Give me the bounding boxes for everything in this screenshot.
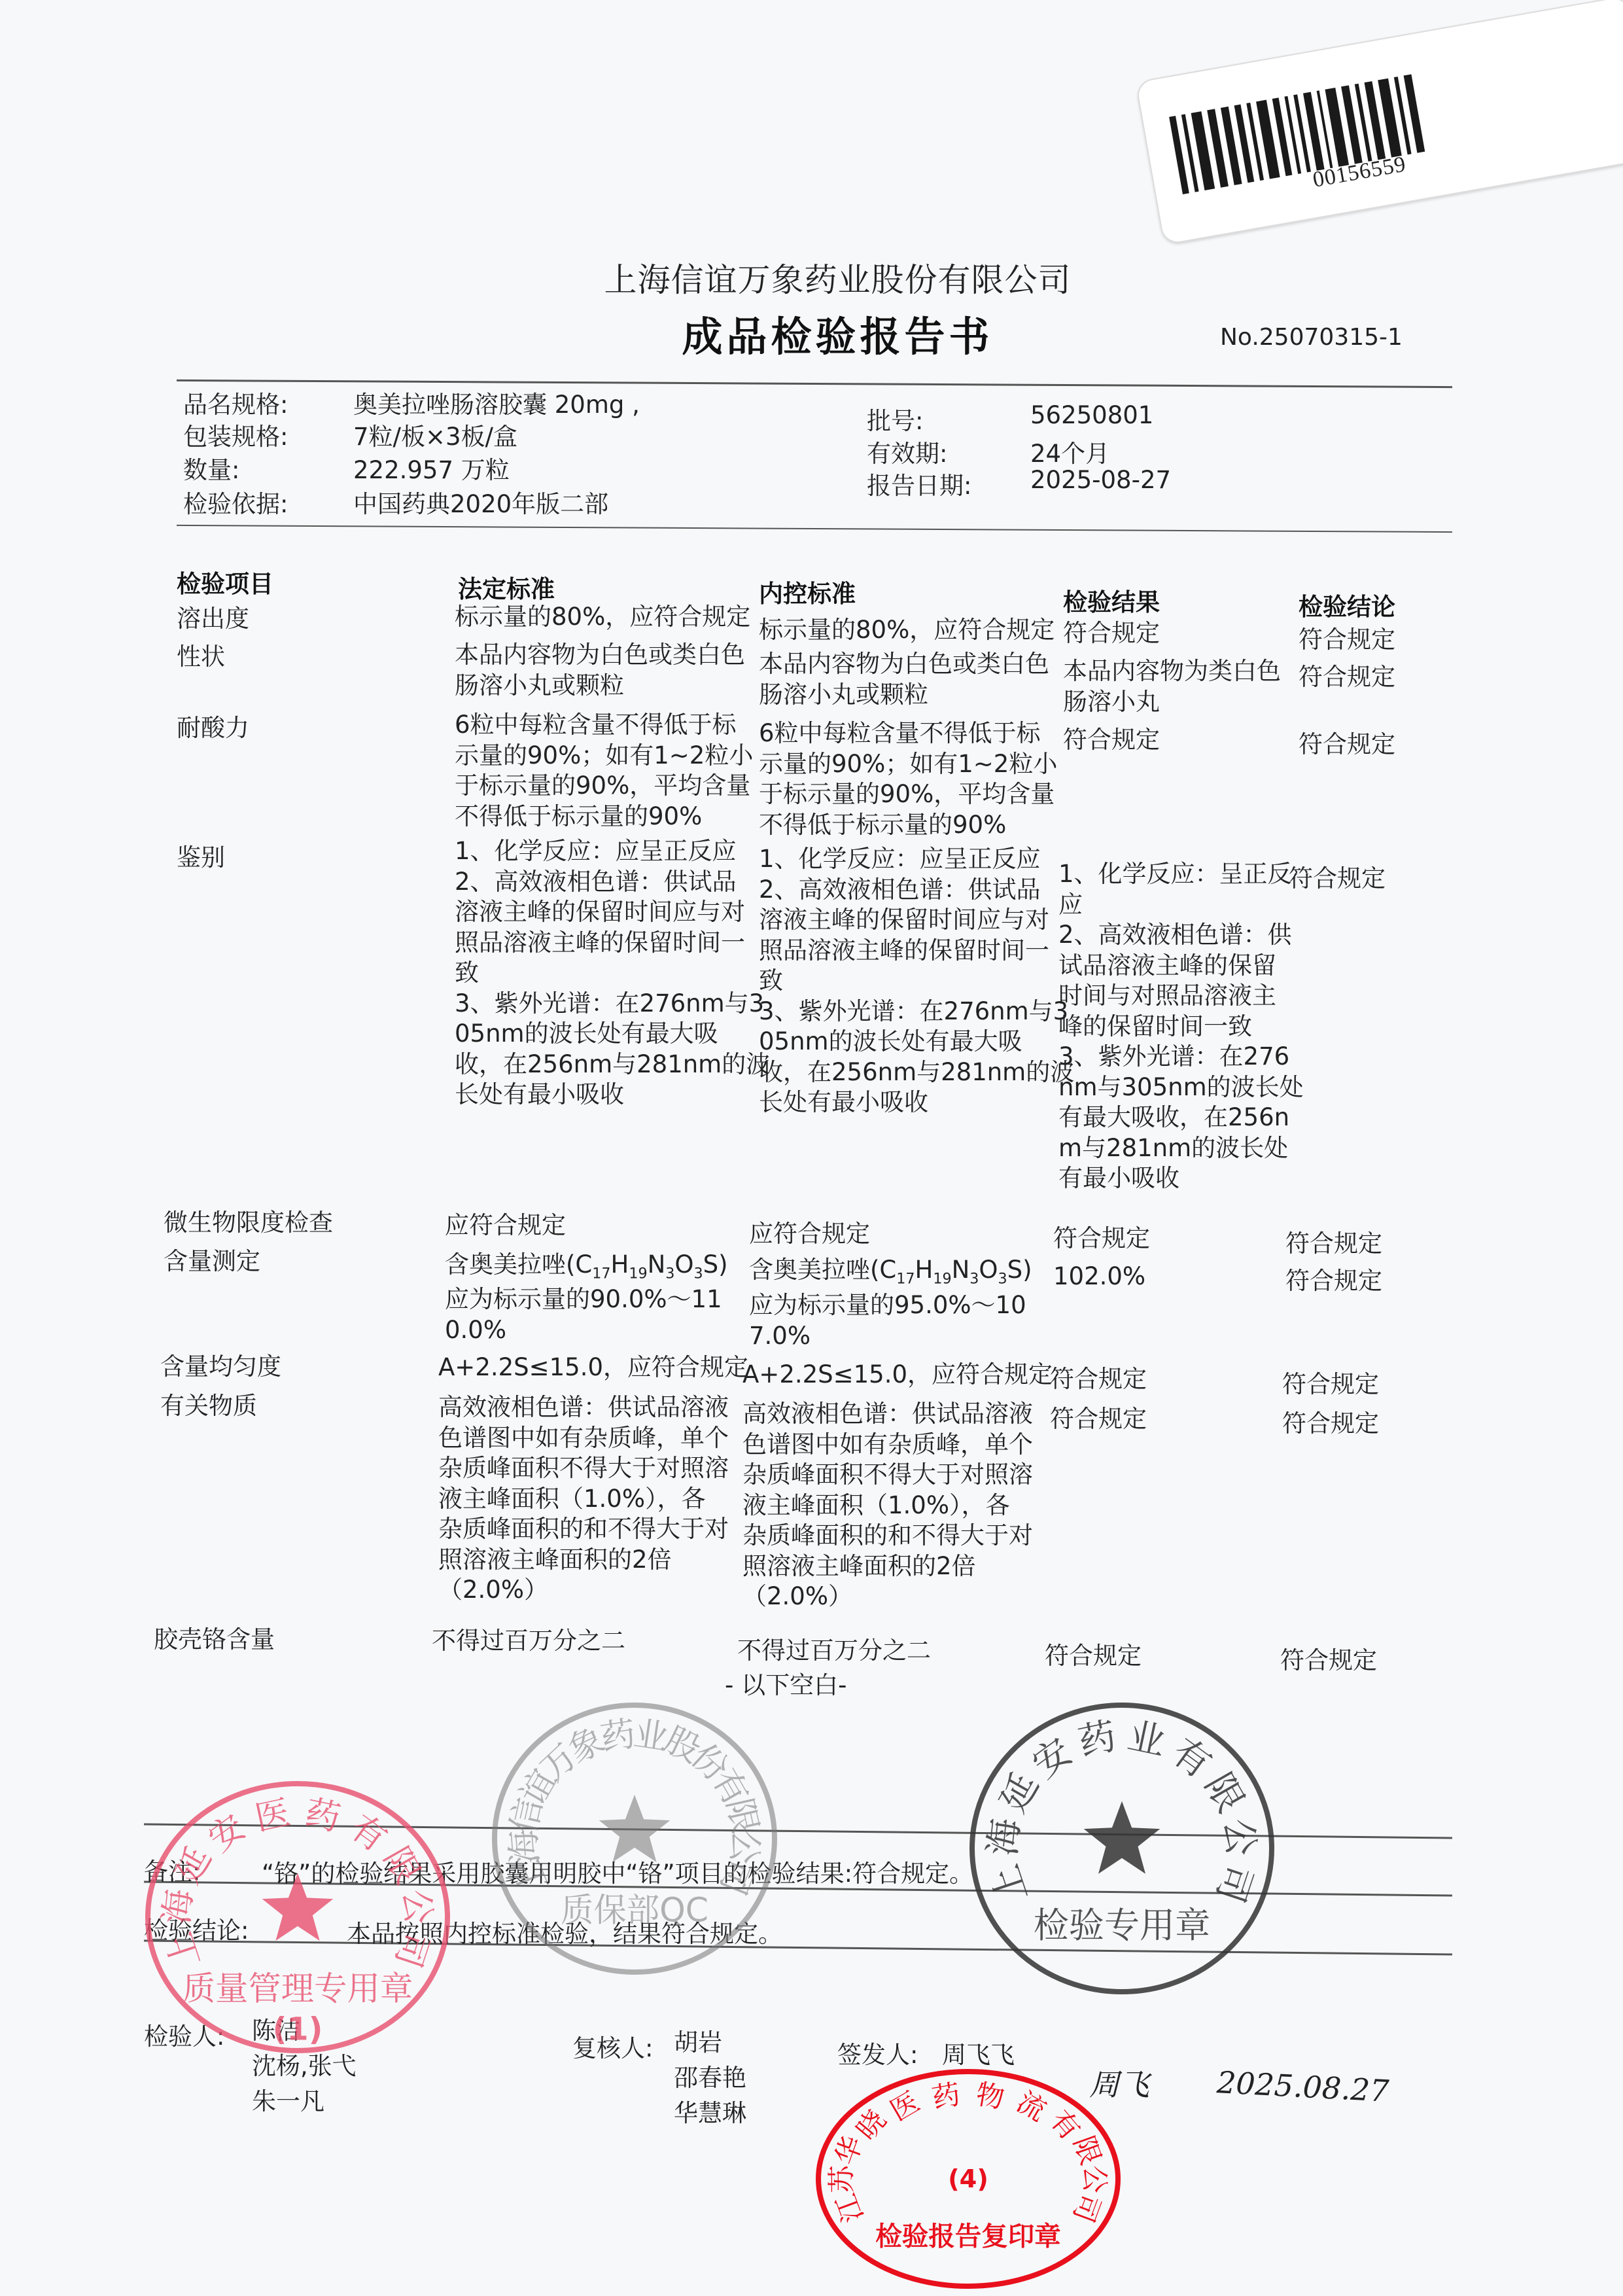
internal-appearance: 本品内容物为白色或类白色 肠溶小丸或颗粒	[759, 649, 1049, 710]
svg-text:检验报告复印章: 检验报告复印章	[875, 2221, 1061, 2252]
legal-dissolution: 标示量的80%，应符合规定	[455, 602, 750, 633]
svg-text:苏: 苏	[826, 2164, 858, 2193]
quality-management-stamp: 上海延安医药有限公司质量管理专用章(1)	[144, 1780, 451, 2055]
svg-text:医: 医	[884, 2085, 925, 2128]
quantity-value: 222.957 万粒	[353, 450, 510, 486]
svg-text:司: 司	[1066, 2189, 1107, 2227]
item-identification: 鉴别	[177, 838, 225, 873]
conclusion-dissolution: 符合规定	[1299, 625, 1395, 656]
svg-text:检验专用章: 检验专用章	[1034, 1905, 1210, 1946]
legal-assay: 应为标示量的90.0%～11 0.0%	[445, 1284, 722, 1345]
barcode-label: 00156559	[1135, 0, 1623, 245]
result-dissolution: 符合规定	[1063, 618, 1160, 649]
internal-assay: 应为标示量的95.0%～10 7.0%	[749, 1290, 1026, 1351]
item-capsule-chromium: 胶壳铬含量	[154, 1619, 275, 1655]
svg-text:质保部QC: 质保部QC	[561, 1890, 708, 1929]
svg-text:(4): (4)	[948, 2164, 988, 2194]
legal-capsule-chromium: 不得过百万分之二	[432, 1626, 625, 1657]
svg-text:物: 物	[973, 2078, 1007, 2115]
internal-acid-resistance: 6粒中每粒含量不得低于标 示量的90%；如有1~2粒小 于标示量的90%，平均含…	[759, 718, 1057, 840]
svg-text:药: 药	[302, 1792, 344, 1839]
legal-microbial-limit: 应符合规定	[445, 1210, 566, 1241]
item-related-substances: 有关物质	[160, 1386, 257, 1421]
expiry-value: 24个月	[1030, 434, 1109, 469]
reviewer-names: 胡岩 邵春艳 华慧琳	[674, 2025, 746, 2131]
svg-text:(1): (1)	[273, 2012, 323, 2048]
product-name-label: 品名规格:	[183, 385, 288, 420]
svg-text:延: 延	[167, 1841, 219, 1891]
header-legal-standard: 法定标准	[458, 569, 555, 605]
svg-text:安: 安	[201, 1807, 253, 1860]
svg-text:质量管理专用章: 质量管理专用章	[183, 1969, 413, 2007]
product-name-value: 奥美拉唑肠溶胶囊 20mg ,	[353, 385, 640, 420]
conclusion-related-substances: 符合规定	[1282, 1409, 1379, 1439]
result-assay: 102.0%	[1053, 1262, 1145, 1292]
legal-identification: 1、化学反应：应呈正反应 2、高效液相色谱：供试品 溶液主峰的保留时间应与对 照…	[455, 836, 770, 1110]
end-marker: - 以下空白-	[725, 1670, 846, 1701]
legal-related-substances: 高效液相色谱：供试品溶液 色谱图中如有杂质峰，单个 杂质峰面积不得大于对照溶 液…	[438, 1392, 729, 1606]
conclusion-capsule-chromium: 符合规定	[1280, 1646, 1377, 1676]
svg-text:限: 限	[375, 1841, 428, 1891]
report-date-label: 报告日期:	[867, 466, 971, 501]
result-capsule-chromium: 符合规定	[1045, 1641, 1142, 1672]
quantity-label: 数量:	[183, 450, 239, 486]
item-appearance: 性状	[177, 637, 225, 672]
result-microbial-limit: 符合规定	[1053, 1224, 1150, 1254]
svg-text:海: 海	[981, 1816, 1028, 1858]
svg-text:江: 江	[829, 2189, 870, 2227]
reviewer-label: 复核人:	[572, 2028, 653, 2064]
report-date-value: 2025-08-27	[1030, 466, 1171, 494]
internal-dissolution: 标示量的80%，应符合规定	[759, 615, 1055, 646]
internal-identification: 1、化学反应：应呈正反应 2、高效液相色谱：供试品 溶液主峰的保留时间应与对 照…	[759, 844, 1074, 1118]
internal-microbial-limit: 应符合规定	[749, 1219, 870, 1250]
company-name: 上海信谊万象药业股份有限公司	[26, 254, 1623, 301]
conclusion-acid-resistance: 符合规定	[1299, 730, 1395, 760]
package-value: 7粒/板×3板/盒	[353, 417, 517, 452]
svg-text:公: 公	[1078, 2165, 1111, 2193]
svg-text:安: 安	[1024, 1730, 1080, 1787]
svg-text:业: 业	[1124, 1714, 1169, 1764]
result-related-substances: 符合规定	[1050, 1404, 1147, 1435]
conclusion-content-uniformity: 符合规定	[1282, 1369, 1379, 1400]
item-acid-resistance: 耐酸力	[177, 708, 249, 743]
internal-related-substances: 高效液相色谱：供试品溶液 色谱图中如有杂质峰，单个 杂质峰面积不得大于对照溶 液…	[742, 1399, 1033, 1612]
internal-content-uniformity: A+2.2S≤15.0，应符合规定	[742, 1360, 1053, 1390]
qc-stamp: 上海信谊万象药业股份有限公司质保部QC	[491, 1701, 778, 1976]
svg-text:海: 海	[156, 1887, 200, 1926]
item-content-uniformity: 含量均匀度	[160, 1347, 281, 1382]
batch-value: 56250801	[1030, 401, 1153, 429]
conclusion-microbial-limit: 符合规定	[1285, 1229, 1382, 1260]
handwritten-date: 2025.08.27	[1216, 2064, 1390, 2109]
legal-assay-formula: 含奥美拉唑(C17H19N3O3S)	[445, 1250, 728, 1289]
svg-text:药: 药	[930, 2078, 963, 2115]
conclusion-assay: 符合规定	[1285, 1266, 1382, 1297]
svg-text:药: 药	[1075, 1714, 1120, 1764]
svg-text:延: 延	[992, 1766, 1048, 1820]
batch-label: 批号:	[867, 401, 923, 436]
result-content-uniformity: 符合规定	[1050, 1364, 1147, 1395]
package-label: 包装规格:	[183, 417, 288, 452]
result-appearance: 本品内容物为类白色 肠溶小丸	[1063, 656, 1281, 717]
svg-text:有: 有	[343, 1807, 394, 1860]
report-copy-stamp: 江苏华晓医药物流有限公司检验报告复印章(4)	[814, 2068, 1122, 2290]
basis-value: 中国药典2020年版二部	[353, 484, 608, 520]
svg-text:公: 公	[1216, 1816, 1263, 1858]
header-internal-standard: 内控标准	[759, 574, 856, 609]
inspection-stamp: 上海延安药业有限公司检验专用章	[968, 1701, 1276, 1996]
item-microbial-limit: 微生物限度检查	[164, 1203, 333, 1238]
svg-text:司: 司	[387, 1927, 437, 1973]
issuer-name: 周飞飞	[942, 2035, 1015, 2070]
conclusion-identification: 符合规定	[1289, 864, 1386, 894]
svg-text:有: 有	[1164, 1730, 1219, 1787]
expiry-label: 有效期:	[867, 434, 947, 469]
header-result: 检验结果	[1063, 582, 1160, 618]
item-dissolution: 溶出度	[177, 599, 249, 634]
legal-appearance: 本品内容物为白色或类白色 肠溶小丸或颗粒	[455, 640, 745, 701]
svg-text:流: 流	[1011, 2085, 1052, 2128]
result-identification: 1、化学反应：呈正反 应 2、高效液相色谱：供 试品溶液主峰的保留 时间与对照品…	[1058, 859, 1304, 1194]
item-assay: 含量测定	[164, 1241, 260, 1277]
svg-text:司: 司	[1208, 1859, 1261, 1908]
svg-text:医: 医	[251, 1792, 294, 1839]
header-conclusion: 检验结论	[1299, 587, 1395, 622]
basis-label: 检验依据:	[183, 484, 288, 520]
svg-text:限: 限	[1196, 1766, 1253, 1820]
internal-assay-formula: 含奥美拉唑(C17H19N3O3S)	[749, 1255, 1032, 1294]
result-acid-resistance: 符合规定	[1063, 725, 1160, 756]
header-item: 检验项目	[177, 564, 273, 599]
issuer-label: 签发人:	[837, 2035, 918, 2070]
legal-acid-resistance: 6粒中每粒含量不得低于标 示量的90%；如有1~2粒小 于标示量的90%，平均含…	[455, 710, 753, 832]
report-number: No.25070315-1	[1220, 324, 1403, 351]
svg-text:限: 限	[1067, 2132, 1107, 2169]
legal-content-uniformity: A+2.2S≤15.0，应符合规定	[438, 1352, 748, 1383]
svg-text:上: 上	[983, 1859, 1036, 1908]
conclusion-appearance: 符合规定	[1299, 662, 1395, 693]
divider	[177, 525, 1452, 533]
svg-text:公: 公	[395, 1887, 439, 1926]
internal-capsule-chromium: 不得过百万分之二	[737, 1636, 931, 1667]
svg-text:上: 上	[159, 1927, 209, 1973]
